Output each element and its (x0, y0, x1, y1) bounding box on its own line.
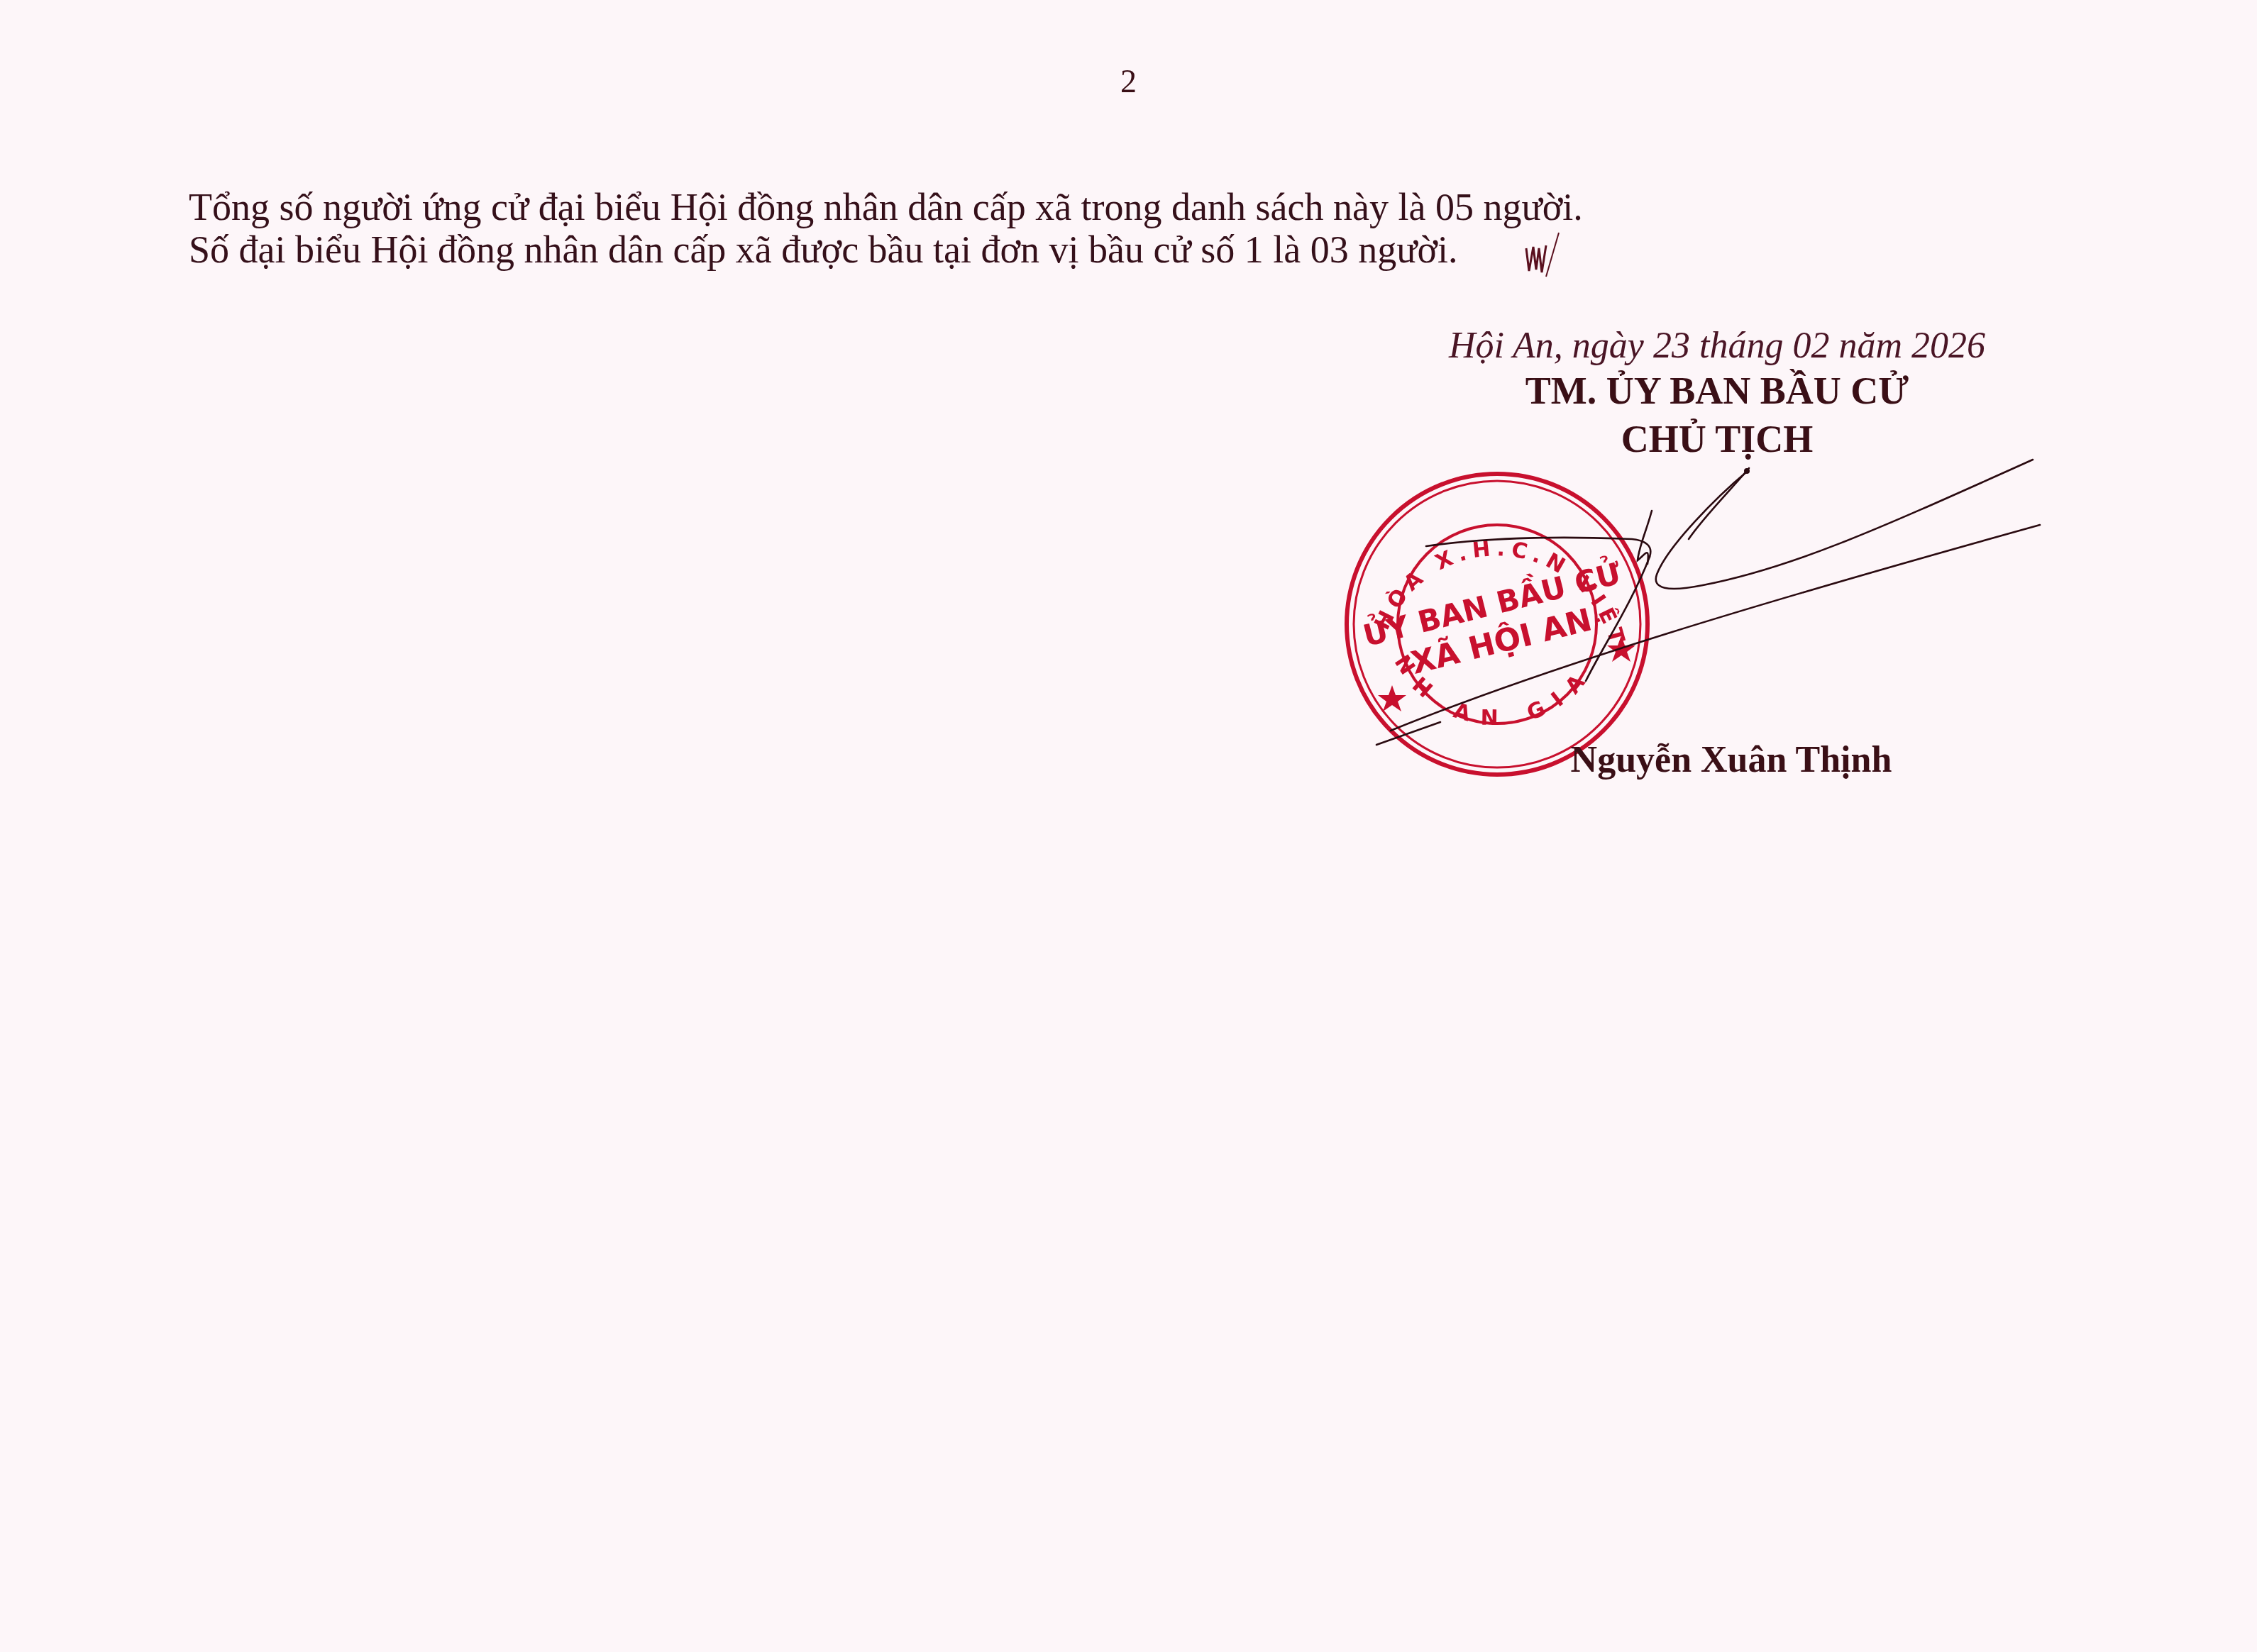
page-number: 2 (0, 62, 2257, 100)
signer-name: Nguyễn Xuân Thịnh (1533, 739, 1930, 781)
star-icon (1378, 685, 1406, 711)
body-line-candidates-total: Tổng số người ứng cử đại biểu Hội đồng n… (189, 186, 1583, 228)
signer-title-org: TM. ỦY BAN BẦU CỬ (1384, 369, 2051, 413)
signer-title-position: CHỦ TỊCH (1384, 417, 2051, 461)
date-line: Hội An, ngày 23 tháng 02 năm 2026 (1384, 325, 2051, 367)
official-stamp: CỘNG HÒA X.H.C.N VIỆT NAM TỈNH AN GIANG … (1334, 460, 1660, 786)
initial-mark-icon (1522, 227, 1565, 284)
body-line-delegates-elected: Số đại biểu Hội đồng nhân dân cấp xã đượ… (189, 228, 1458, 271)
